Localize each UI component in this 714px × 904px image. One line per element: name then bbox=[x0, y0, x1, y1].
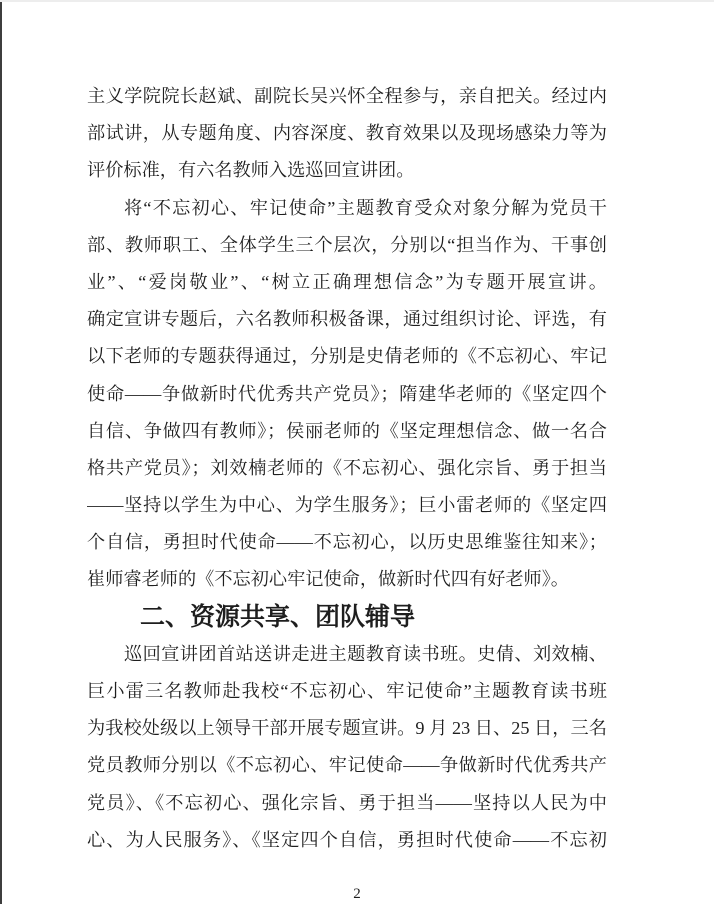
text-line: 部试讲，从专题角度、内容深度、教育效果以及现场感染力等为 bbox=[87, 115, 607, 152]
text-line: 格共产党员》；刘效楠老师的《不忘初心、强化宗旨、勇于担当 bbox=[87, 450, 607, 487]
text-line: ——坚持以学生为中心、为学生服务》；巨小雷老师的《坚定四 bbox=[87, 487, 607, 524]
section-heading: 二、资源共享、团队辅导 bbox=[87, 599, 607, 636]
text-line: 巡回宣讲团首站送讲走进主题教育读书班。史倩、刘效楠、 bbox=[87, 636, 607, 673]
paragraph: 主义学院院长赵斌、副院长吴兴怀全程参与，亲自把关。经过内部试讲，从专题角度、内容… bbox=[87, 78, 607, 190]
text-line: 个自信，勇担时代使命——不忘初心，以历史思维鉴往知来》； bbox=[87, 524, 607, 561]
text-line: 自信、争做四有教师》；侯丽老师的《坚定理想信念、做一名合 bbox=[87, 413, 607, 450]
document-body: 主义学院院长赵斌、副院长吴兴怀全程参与，亲自把关。经过内部试讲，从专题角度、内容… bbox=[87, 78, 607, 859]
text-line: 评价标准，有六名教师入选巡回宣讲团。 bbox=[87, 152, 607, 189]
heading-line: 二、资源共享、团队辅导 bbox=[87, 599, 607, 636]
text-line: 使命——争做新时代优秀共产党员》；隋建华老师的《坚定四个 bbox=[87, 376, 607, 413]
text-line: 为我校处级以上领导干部开展专题宣讲。9 月 23 日、25 日，三名 bbox=[87, 710, 607, 747]
page-number: 2 bbox=[0, 886, 714, 902]
text-line: 巨小雷三名教师赴我校“不忘初心、牢记使命”主题教育读书班 bbox=[87, 673, 607, 710]
paragraph: 巡回宣讲团首站送讲走进主题教育读书班。史倩、刘效楠、巨小雷三名教师赴我校“不忘初… bbox=[87, 636, 607, 859]
text-line: 主义学院院长赵斌、副院长吴兴怀全程参与，亲自把关。经过内 bbox=[87, 78, 607, 115]
text-line: 将“不忘初心、牢记使命”主题教育受众对象分解为党员干 bbox=[87, 190, 607, 227]
text-line: 部、教师职工、全体学生三个层次，分别以“担当作为、干事创 bbox=[87, 227, 607, 264]
text-line: 党员教师分别以《不忘初心、牢记使命——争做新时代优秀共产 bbox=[87, 747, 607, 784]
text-line: 确定宣讲专题后，六名教师积极备课，通过组织讨论、评选，有 bbox=[87, 301, 607, 338]
text-line: 心、为人民服务》、《坚定四个自信，勇担时代使命——不忘初 bbox=[87, 822, 607, 859]
page-left-edge bbox=[0, 0, 2, 904]
page-top-edge bbox=[0, 0, 714, 2]
text-line: 崔师睿老师的《不忘初心牢记使命，做新时代四有好老师》。 bbox=[87, 561, 607, 598]
text-line: 以下老师的专题获得通过，分别是史倩老师的《不忘初心、牢记 bbox=[87, 338, 607, 375]
paragraph: 将“不忘初心、牢记使命”主题教育受众对象分解为党员干部、教师职工、全体学生三个层… bbox=[87, 190, 607, 599]
text-line: 业”、“爱岗敬业”、“树立正确理想信念”为专题开展宣讲。 bbox=[87, 264, 607, 301]
text-line: 党员》、《不忘初心、强化宗旨、勇于担当——坚持以人民为中 bbox=[87, 785, 607, 822]
